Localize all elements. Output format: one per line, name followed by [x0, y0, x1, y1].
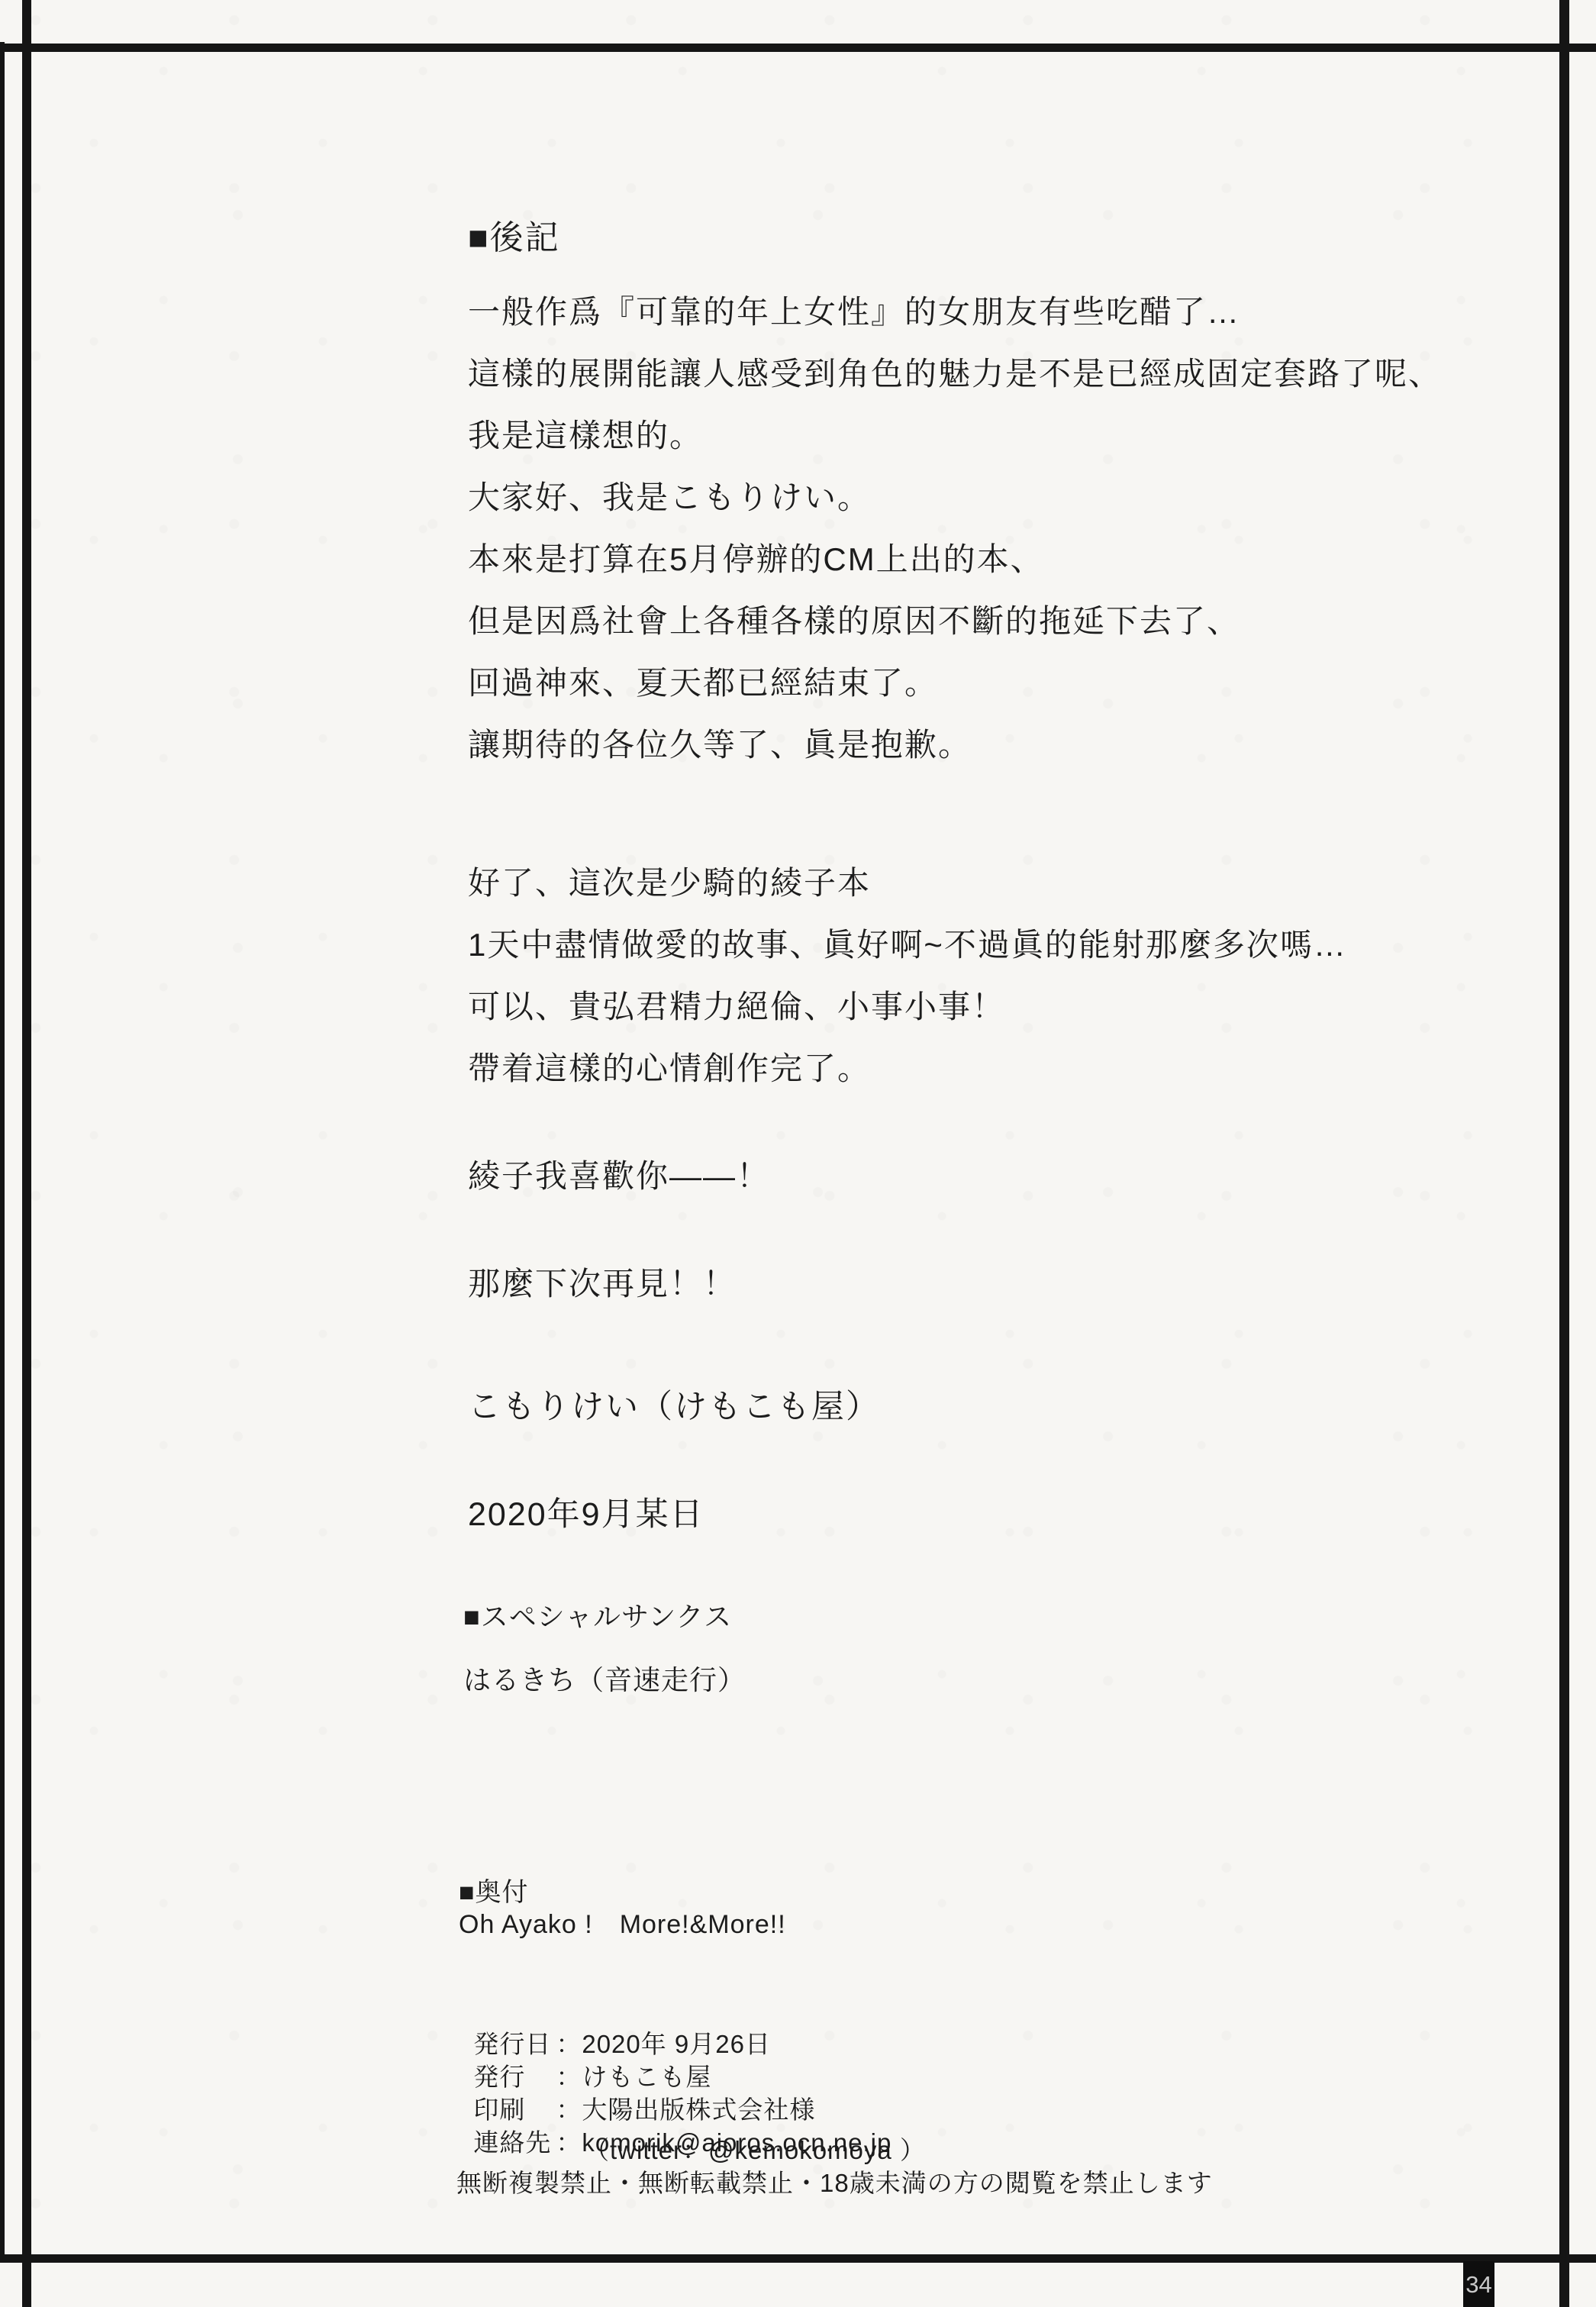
frame-right-line — [1559, 0, 1569, 2307]
afterword-line: 但是因爲社會上各種各樣的原因不斷的拖延下去了、 — [468, 605, 1240, 637]
afterword-line: 帶着這樣的心情創作完了。 — [468, 1053, 871, 1085]
colophon-colon: ： — [556, 2128, 582, 2157]
afterword-line: 我是這樣想的。 — [468, 420, 703, 452]
book-title: Oh Ayako ! More!&More!! — [459, 1912, 786, 1938]
afterword-heading: ■後記 — [468, 221, 560, 255]
afterword-line: 本來是打算在5月停辦的CM上出的本、 — [468, 544, 1044, 576]
scan-noise-texture — [0, 0, 1596, 2307]
frame-left-edge-line — [0, 42, 5, 2261]
afterword-line: 回過神來、夏天都已經結束了。 — [468, 667, 938, 699]
afterword-line: 那麼下次再見！！ — [468, 1268, 737, 1300]
afterword-line: 讓期待的各位久等了、眞是抱歉。 — [468, 729, 972, 761]
scanned-doujin-afterword-page: { "colors": { "paper": "#f7f6f3", "ink":… — [0, 0, 1596, 2307]
afterword-line: 可以、貴弘君精力絕倫、小事小事！ — [468, 991, 1005, 1023]
page-number: 34 — [1465, 2273, 1491, 2296]
colophon-label: 連絡先 — [473, 2130, 556, 2155]
twitter-handle: （twitter：@kemokomoya ） — [584, 2138, 926, 2163]
copyright-warning: 無断複製禁止・無断転載禁止・18歳未満の方の閲覧を禁止します — [456, 2170, 1213, 2196]
author-signature: こもりけい（けもこも屋） — [468, 1391, 880, 1424]
frame-left-line — [22, 0, 31, 2307]
special-thanks-credit: はるきち（音速走行） — [463, 1667, 746, 1694]
frame-bottom-line — [0, 2254, 1596, 2263]
signature-date: 2020年9月某日 — [468, 1499, 704, 1531]
frame-top-line — [0, 44, 1596, 52]
afterword-line: 好了、這次是少騎的綾子本 — [468, 867, 871, 899]
special-thanks-heading: ■スペシャルサンクス — [463, 1603, 732, 1631]
colophon-heading: ■奥付 — [459, 1879, 529, 1905]
afterword-line: 1天中盡情做愛的故事、眞好啊~不過眞的能射那麼多次嗎… — [468, 929, 1347, 961]
afterword-line: 一般作爲『可靠的年上女性』的女朋友有些吃醋了… — [468, 296, 1240, 328]
afterword-line: 大家好、我是こもりけい。 — [468, 482, 871, 514]
page-number-box: 34 — [1463, 2261, 1494, 2307]
afterword-line: 綾子我喜歡你——！ — [468, 1160, 770, 1192]
afterword-line: 這樣的展開能讓人感受到角色的魅力是不是已經成固定套路了呢、 — [468, 358, 1442, 390]
